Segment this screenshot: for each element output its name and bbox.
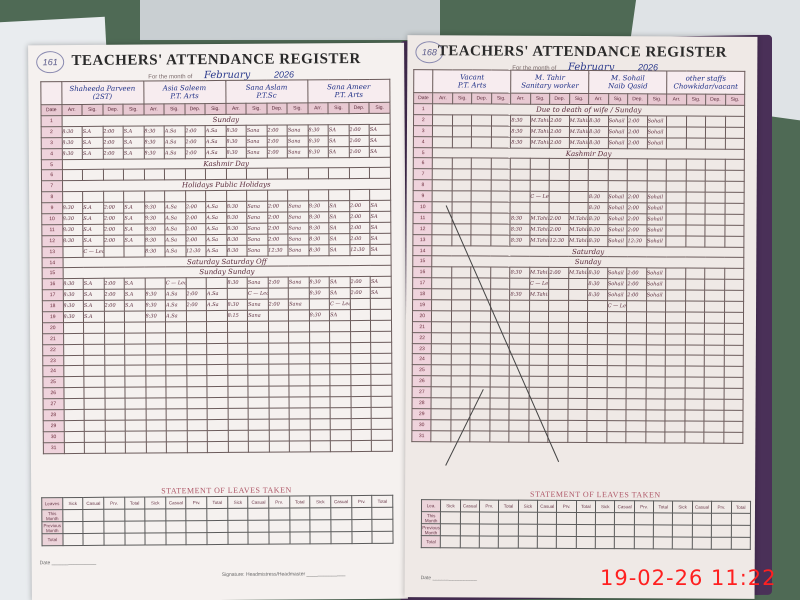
- attendance-cell: [666, 170, 686, 181]
- attendance-cell: [84, 398, 105, 409]
- camera-timestamp: 19-02-26 11:22: [600, 566, 777, 590]
- attendance-cell: 8:30: [309, 277, 330, 288]
- attendance-cell: [207, 398, 228, 409]
- attendance-cell: 8:30: [589, 115, 609, 126]
- attendance-cell: Sohail: [608, 235, 628, 246]
- attendance-cell: [723, 410, 743, 421]
- column-header: Arr.: [226, 103, 247, 114]
- attendance-cell: [666, 279, 686, 290]
- attendance-cell: M.Tahir: [569, 213, 589, 224]
- attendance-cell: [550, 159, 570, 170]
- attendance-cell: A.Sa: [165, 213, 186, 224]
- attendance-cell: [228, 441, 249, 452]
- attendance-cell: Sohail: [646, 268, 666, 279]
- attendance-cell: [227, 343, 248, 354]
- attendance-cell: 2:00: [103, 224, 124, 235]
- attendance-cell: C — Leave: [529, 278, 549, 289]
- attendance-cell: [471, 365, 491, 376]
- leaves-row-label: Total: [421, 536, 440, 548]
- attendance-cell: [607, 366, 627, 377]
- attendance-cell: [452, 289, 472, 300]
- column-header: Dep.: [472, 93, 492, 104]
- date-cell: 23: [412, 343, 432, 354]
- leaves-column-header: Prv.: [104, 497, 125, 509]
- column-header: Sig.: [453, 93, 473, 104]
- attendance-cell: [330, 320, 351, 331]
- attendance-cell: [351, 375, 372, 386]
- attendance-cell: [207, 321, 228, 332]
- attendance-cell: [548, 420, 568, 431]
- leaves-cell: [518, 512, 537, 524]
- attendance-cell: [451, 354, 471, 365]
- attendance-cell: [685, 268, 705, 279]
- attendance-cell: Sohail: [647, 225, 667, 236]
- attendance-cell: 8:30: [589, 137, 609, 148]
- attendance-cell: [646, 421, 666, 432]
- attendance-cell: [725, 116, 745, 127]
- leaves-column-header: Total: [499, 500, 518, 512]
- date-cell: 27: [412, 387, 432, 398]
- leaves-column-header: Casual: [248, 496, 269, 508]
- date-cell: 19: [413, 300, 433, 311]
- page-title: TEACHERS' ATTENDANCE REGISTER: [407, 43, 757, 62]
- leaves-cell: [352, 531, 373, 543]
- date-cell: 11: [42, 224, 63, 235]
- attendance-cell: [665, 345, 685, 356]
- attendance-cell: Sohail: [647, 116, 667, 127]
- attendance-cell: [723, 432, 743, 443]
- date-cell: 22: [43, 344, 64, 355]
- attendance-cell: [432, 387, 452, 398]
- attendance-cell: [248, 430, 269, 441]
- attendance-cell: [207, 365, 228, 376]
- attendance-cell: [62, 192, 83, 203]
- attendance-cell: [685, 399, 705, 410]
- attendance-cell: [104, 344, 125, 355]
- leaves-cell: [331, 508, 352, 520]
- attendance-cell: [607, 322, 627, 333]
- attendance-cell: 8:30: [510, 267, 530, 278]
- column-header: Sig.: [491, 93, 511, 104]
- date-cell: 4: [413, 136, 433, 147]
- date-cell: 31: [43, 442, 64, 453]
- attendance-cell: [289, 430, 310, 441]
- attendance-cell: [666, 203, 686, 214]
- attendance-cell: [186, 354, 207, 365]
- leaves-cell: [460, 536, 479, 548]
- attendance-cell: 2:00: [185, 234, 206, 245]
- attendance-cell: [569, 202, 589, 213]
- attendance-cell: [685, 236, 705, 247]
- attendance-cell: [452, 213, 472, 224]
- attendance-cell: [647, 181, 667, 192]
- leaves-cell: [499, 536, 518, 548]
- leaves-cell: [479, 512, 498, 524]
- attendance-cell: [686, 203, 706, 214]
- attendance-cell: [166, 333, 187, 344]
- attendance-cell: [491, 235, 511, 246]
- attendance-cell: [269, 441, 290, 452]
- attendance-cell: 8:30: [144, 224, 165, 235]
- attendance-cell: [647, 170, 667, 181]
- attendance-cell: [451, 398, 471, 409]
- leaves-cell: [596, 513, 615, 525]
- attendance-cell: [372, 429, 393, 440]
- attendance-cell: [432, 278, 452, 289]
- attendance-cell: 2:00: [267, 212, 288, 223]
- attendance-cell: [64, 420, 85, 431]
- date-cell: 28: [412, 398, 432, 409]
- column-header: Sig.: [328, 103, 349, 114]
- attendance-cell: [704, 323, 724, 334]
- attendance-cell: [607, 333, 627, 344]
- attendance-cell: [269, 375, 290, 386]
- attendance-cell: [187, 441, 208, 452]
- attendance-cell: 8:30: [62, 137, 83, 148]
- attendance-cell: [666, 214, 686, 225]
- attendance-cell: C — Leave: [607, 301, 627, 312]
- attendance-cell: S.A: [82, 126, 103, 137]
- attendance-cell: [491, 137, 511, 148]
- attendance-cell: [490, 376, 510, 387]
- attendance-cell: 8:30: [145, 311, 166, 322]
- attendance-cell: [207, 430, 228, 441]
- leaves-column-header: Sick: [62, 497, 83, 509]
- attendance-cell: [165, 169, 186, 180]
- attendance-cell: Sohail: [607, 290, 627, 301]
- attendance-cell: A.Sa: [206, 212, 227, 223]
- attendance-cell: A.Sa: [165, 224, 186, 235]
- leaves-cell: [63, 521, 84, 533]
- attendance-cell: [723, 421, 743, 432]
- attendance-cell: [607, 312, 627, 323]
- attendance-cell: [207, 354, 228, 365]
- attendance-cell: [452, 136, 472, 147]
- attendance-cell: 8:30: [227, 278, 248, 289]
- leaves-column-header: Prv.: [186, 497, 207, 509]
- attendance-cell: [588, 322, 608, 333]
- date-cell: 26: [43, 388, 64, 399]
- attendance-cell: [647, 159, 667, 170]
- attendance-cell: [704, 367, 724, 378]
- attendance-cell: [104, 366, 125, 377]
- attendance-cell: [724, 367, 744, 378]
- attendance-cell: [666, 159, 686, 170]
- attendance-cell: [310, 408, 331, 419]
- attendance-cell: 12:30: [350, 244, 371, 255]
- attendance-cell: [288, 168, 309, 179]
- attendance-cell: SA: [370, 277, 391, 288]
- attendance-cell: [704, 345, 724, 356]
- attendance-cell: [268, 288, 289, 299]
- attendance-cell: [289, 321, 310, 332]
- attendance-cell: [103, 191, 124, 202]
- attendance-cell: [491, 191, 511, 202]
- attendance-cell: SA: [329, 233, 350, 244]
- column-header: Sig.: [164, 104, 185, 115]
- attendance-cell: [247, 169, 268, 180]
- attendance-cell: [206, 191, 227, 202]
- date-cell: 11: [413, 213, 433, 224]
- attendance-cell: 2:00: [268, 299, 289, 310]
- attendance-cell: A.Sa: [206, 234, 227, 245]
- attendance-cell: 8:30: [308, 146, 329, 157]
- attendance-cell: Sohail: [608, 224, 628, 235]
- attendance-cell: [145, 322, 166, 333]
- attendance-cell: [510, 322, 530, 333]
- attendance-cell: Sohail: [608, 116, 628, 127]
- leaves-cell: [692, 537, 711, 549]
- attendance-cell: [626, 410, 646, 421]
- attendance-cell: [431, 398, 451, 409]
- leaves-cell: [557, 512, 576, 524]
- attendance-cell: 2:00: [549, 224, 569, 235]
- attendance-cell: [187, 409, 208, 420]
- attendance-cell: [433, 169, 453, 180]
- attendance-cell: 2:00: [627, 214, 647, 225]
- date-cell: 30: [412, 419, 432, 430]
- attendance-cell: 2:00: [185, 136, 206, 147]
- attendance-cell: [665, 377, 685, 388]
- attendance-cell: [607, 399, 627, 410]
- attendance-cell: 2:00: [267, 147, 288, 158]
- attendance-cell: 2:00: [103, 235, 124, 246]
- attendance-cell: [511, 180, 531, 191]
- leaves-cell: [441, 512, 460, 524]
- date-label: Date ________________: [421, 575, 477, 581]
- attendance-cell: S.A: [83, 202, 104, 213]
- attendance-cell: [331, 440, 352, 451]
- column-header: Dep.: [267, 103, 288, 114]
- leaves-cell: [460, 512, 479, 524]
- leaves-cell: [269, 520, 290, 532]
- attendance-cell: [248, 332, 269, 343]
- attendance-cell: A.Sa: [165, 235, 186, 246]
- attendance-cell: 8:30: [510, 289, 530, 300]
- leaves-cell: [124, 521, 145, 533]
- attendance-cell: 8:30: [226, 201, 247, 212]
- attendance-cell: [267, 190, 288, 201]
- attendance-cell: 2:00: [185, 147, 206, 158]
- attendance-cell: [472, 169, 492, 180]
- attendance-cell: [166, 398, 187, 409]
- leaves-cell: [615, 525, 634, 537]
- leaves-cell: [145, 521, 166, 533]
- date-cell: 20: [412, 311, 432, 322]
- attendance-cell: [705, 236, 725, 247]
- attendance-cell: [84, 431, 105, 442]
- attendance-cell: [268, 321, 289, 332]
- attendance-cell: [269, 430, 290, 441]
- attendance-cell: [145, 344, 166, 355]
- attendance-cell: [509, 431, 529, 442]
- attendance-cell: [627, 312, 647, 323]
- attendance-cell: [64, 431, 85, 442]
- attendance-cell: [433, 126, 453, 137]
- leaves-cell: [479, 536, 498, 548]
- attendance-cell: [568, 431, 588, 442]
- attendance-cell: [289, 408, 310, 419]
- attendance-cell: 8:30: [144, 235, 165, 246]
- attendance-cell: S.A: [83, 300, 104, 311]
- teacher-designation: Sanitary worker: [512, 82, 589, 90]
- leaves-cell: [166, 521, 187, 533]
- attendance-cell: [289, 364, 310, 375]
- attendance-cell: [530, 159, 550, 170]
- leaves-cell: [166, 533, 187, 545]
- date-cell: 9: [42, 203, 63, 214]
- attendance-cell: [451, 311, 471, 322]
- attendance-cell: [549, 170, 569, 181]
- attendance-cell: [432, 332, 452, 343]
- attendance-cell: [452, 158, 472, 169]
- attendance-cell: [330, 429, 351, 440]
- attendance-cell: Sana: [287, 125, 308, 136]
- attendance-cell: C — Leave: [247, 288, 268, 299]
- name-label-cell: [414, 70, 434, 93]
- attendance-cell: [166, 354, 187, 365]
- attendance-cell: Sana: [288, 245, 309, 256]
- attendance-cell: [351, 440, 372, 451]
- attendance-cell: [289, 343, 310, 354]
- attendance-cell: M.Tahir: [569, 224, 589, 235]
- attendance-cell: 2:00: [627, 268, 647, 279]
- attendance-cell: [349, 168, 370, 179]
- attendance-cell: [686, 116, 706, 127]
- attendance-cell: Sana: [247, 234, 268, 245]
- attendance-cell: [665, 366, 685, 377]
- date-cell: 26: [412, 376, 432, 387]
- attendance-cell: SA: [328, 124, 349, 135]
- attendance-cell: A.Sa: [166, 311, 187, 322]
- attendance-cell: SA: [370, 244, 391, 255]
- leaves-cell: [692, 513, 711, 525]
- attendance-cell: A.Sa: [206, 223, 227, 234]
- attendance-cell: [530, 202, 550, 213]
- attendance-cell: 8:30: [309, 223, 330, 234]
- attendance-cell: [724, 290, 744, 301]
- attendance-cell: [568, 398, 588, 409]
- attendance-cell: [433, 158, 453, 169]
- attendance-cell: [685, 334, 705, 345]
- attendance-cell: [529, 300, 549, 311]
- attendance-cell: [372, 440, 393, 451]
- date-cell: 5: [41, 159, 62, 170]
- leaves-cell: [731, 513, 751, 525]
- attendance-cell: 8:30: [589, 126, 609, 137]
- attendance-cell: [607, 377, 627, 388]
- attendance-cell: [432, 376, 452, 387]
- leaves-cell: [557, 524, 576, 536]
- attendance-cell: [705, 170, 725, 181]
- attendance-cell: M.Tahir: [569, 126, 589, 137]
- attendance-cell: [627, 301, 647, 312]
- attendance-cell: [451, 343, 471, 354]
- date-cell: 19: [42, 312, 63, 323]
- attendance-cell: A.Sa: [205, 136, 226, 147]
- teacher-name-cell: Sana AslamP.T.Sc: [225, 80, 307, 104]
- date-cell: 16: [413, 267, 433, 278]
- attendance-cell: 8:30: [510, 235, 530, 246]
- attendance-cell: 8:30: [145, 289, 166, 300]
- attendance-cell: [248, 321, 269, 332]
- leaves-column-header: Prv.: [269, 496, 290, 508]
- attendance-cell: 8:30: [308, 136, 329, 147]
- teacher-name-cell: VacantP.T. Arts: [433, 70, 511, 93]
- attendance-cell: [432, 343, 452, 354]
- teacher-designation: P.T. Arts: [434, 81, 511, 89]
- attendance-cell: [568, 409, 588, 420]
- column-header: Arr.: [667, 94, 687, 105]
- leaves-cell: [248, 532, 269, 544]
- attendance-cell: SA: [329, 222, 350, 233]
- attendance-cell: [166, 431, 187, 442]
- leaves-cell: [731, 525, 751, 537]
- leaves-table: LeavesSickCasualPrv.TotalSickCasualPrv.T…: [41, 495, 393, 546]
- attendance-cell: [530, 170, 550, 181]
- date-cell: 5: [413, 147, 433, 158]
- column-header: Dep.: [706, 94, 726, 105]
- attendance-cell: 2:00: [350, 288, 371, 299]
- attendance-cell: [310, 440, 331, 451]
- attendance-cell: 2:00: [350, 222, 371, 233]
- teacher-name-cell: other staffsChowkidar/vacant: [667, 71, 745, 94]
- date-cell: 24: [43, 366, 64, 377]
- attendance-cell: S.A: [82, 137, 103, 148]
- attendance-cell: 8:30: [510, 224, 530, 235]
- attendance-cell: [451, 322, 471, 333]
- date-cell: 10: [42, 214, 63, 225]
- attendance-cell: [268, 364, 289, 375]
- column-header: Sig.: [530, 93, 550, 104]
- attendance-cell: [686, 192, 706, 203]
- date-label: Date ________________: [40, 560, 96, 566]
- date-cell: 8: [42, 192, 63, 203]
- attendance-cell: [144, 191, 165, 202]
- column-header: Dep.: [550, 93, 570, 104]
- attendance-cell: [705, 301, 725, 312]
- attendance-cell: [146, 442, 167, 453]
- attendance-cell: Sana: [247, 278, 268, 289]
- attendance-cell: 2:00: [103, 137, 124, 148]
- leaves-cell: [595, 525, 614, 537]
- date-cell: 27: [43, 399, 64, 410]
- attendance-cell: [330, 364, 351, 375]
- attendance-cell: Sana: [246, 136, 267, 147]
- attendance-cell: [309, 332, 330, 343]
- attendance-cell: [666, 301, 686, 312]
- attendance-cell: [588, 170, 608, 181]
- attendance-cell: S.A: [123, 126, 144, 137]
- leaves-title: STATEMENT OF LEAVES TAKEN: [161, 485, 292, 495]
- attendance-cell: [684, 432, 704, 443]
- leaves-column-header: Sick: [596, 501, 615, 513]
- attendance-cell: [548, 409, 568, 420]
- attendance-cell: [608, 181, 628, 192]
- attendance-cell: [665, 355, 685, 366]
- attendance-cell: [125, 387, 146, 398]
- attendance-cell: 2:00: [349, 201, 370, 212]
- date-cell: 6: [41, 170, 62, 181]
- attendance-cell: 2:00: [627, 225, 647, 236]
- attendance-cell: [666, 192, 686, 203]
- leaves-cell: [499, 524, 518, 536]
- date-cell: 12: [42, 235, 63, 246]
- attendance-cell: [685, 225, 705, 236]
- attendance-cell: [665, 410, 685, 421]
- attendance-cell: SA: [330, 310, 351, 321]
- attendance-cell: [549, 279, 569, 290]
